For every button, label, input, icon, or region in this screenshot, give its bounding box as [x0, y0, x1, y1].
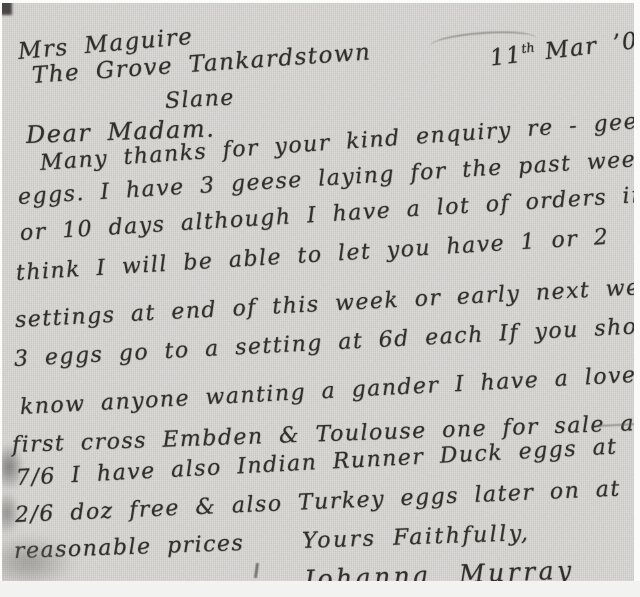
- letter-scan: Mrs Maguire The Grove Tankardstown Slane…: [0, 0, 640, 597]
- scan-bottom-margin: [0, 581, 640, 597]
- paper-grain-texture: [2, 3, 634, 581]
- paper-background: Mrs Maguire The Grove Tankardstown Slane…: [2, 3, 634, 581]
